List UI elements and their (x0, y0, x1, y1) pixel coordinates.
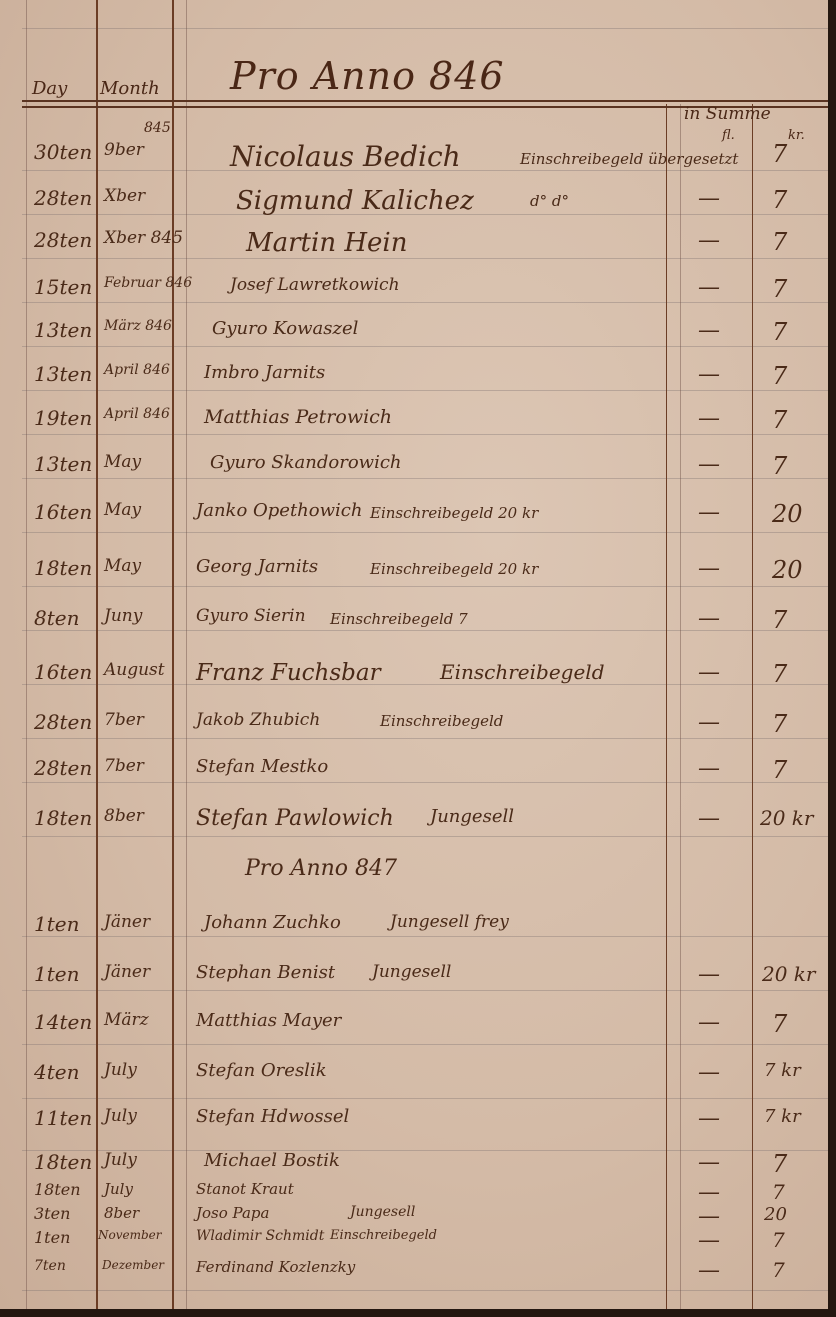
entry-fl: — (698, 1180, 720, 1205)
entry-name: Gyuro Skandorowich (210, 452, 402, 473)
entry-note: Jungesell (350, 1204, 415, 1220)
entry-kr: 7 (772, 406, 787, 434)
entry-kr: 7 (772, 140, 787, 168)
entry-kr: 7 (772, 660, 787, 688)
entry-month: Xber 845 (104, 228, 183, 248)
entry-name: Gyuro Kowaszel (212, 318, 358, 339)
entry-month: Jäner (104, 962, 150, 982)
entry-month: April 846 (104, 406, 170, 422)
entry-kr: 7 (772, 710, 787, 738)
entry-fl: — (698, 1106, 720, 1131)
entry-kr: 20 (772, 556, 803, 584)
entry-day: 4ten (34, 1060, 79, 1084)
entry-name: Jakob Zhubich (196, 710, 320, 730)
ledger-row: 16ten May Janko Opethowich Einschreibege… (0, 500, 828, 540)
entry-kr: 20 (772, 500, 803, 528)
entry-day: 28ten (34, 756, 92, 780)
ledger-row: 16ten August Franz Fuchsbar Einschreibeg… (0, 660, 828, 700)
page-title: Pro Anno 846 (230, 54, 505, 98)
entry-day: 7ten (34, 1258, 66, 1274)
entry-fl: — (698, 710, 720, 735)
ledger-row: 28ten 7ber Stefan Mestko — 7 (0, 756, 828, 796)
ledger-row: 4ten July Stefan Oreslik — 7 kr (0, 1060, 828, 1100)
entry-day: 14ten (34, 1010, 92, 1034)
entry-month: 8ber (104, 806, 144, 826)
entry-fl: — (698, 275, 720, 300)
entry-note: Einschreibegeld 20 kr (370, 560, 538, 578)
entry-kr: 7 (772, 318, 787, 346)
entry-name: Josef Lawretkowich (230, 275, 400, 295)
entry-kr: 7 (772, 228, 787, 256)
ledger-row: 18ten 8ber Stefan Pawlowich Jungesell — … (0, 806, 828, 846)
entry-fl: — (698, 556, 720, 581)
entry-fl: — (698, 1204, 720, 1229)
entry-kr: 7 (772, 1180, 785, 1204)
entry-month: July (104, 1106, 137, 1126)
entry-name: Georg Jarnits (196, 556, 318, 577)
entry-month: July (104, 1180, 133, 1198)
entry-month: März (104, 1010, 149, 1030)
entry-kr: 7 (772, 756, 787, 784)
entry-kr: 7 (772, 186, 787, 214)
entry-month: April 846 (104, 362, 170, 378)
entry-month: November (98, 1228, 162, 1242)
entry-name: Matthias Petrowich (204, 406, 392, 428)
entry-note: Jungesell frey (390, 912, 509, 932)
entry-fl: — (698, 318, 720, 343)
ledger-row: 15ten Februar 846 Josef Lawretkowich — 7 (0, 275, 828, 315)
ledger-row: 18ten May Georg Jarnits Einschreibegeld … (0, 556, 828, 596)
entry-name: Gyuro Sierin (196, 606, 306, 626)
entry-day: 19ten (34, 406, 92, 430)
entry-month: 8ber (104, 1204, 139, 1222)
entry-month: März 846 (104, 318, 172, 334)
ledger-row: 1ten Jäner Johann Zuchko Jungesell frey (0, 912, 828, 952)
ledger-page: Day Month Pro Anno 846 in Summe fl. kr. … (0, 0, 836, 1317)
ledger-row: 19ten April 846 Matthias Petrowich — 7 (0, 406, 828, 446)
entry-fl: — (698, 500, 720, 525)
entry-day: 16ten (34, 660, 92, 684)
entry-kr: 20 kr (760, 806, 814, 830)
entry-kr: 7 kr (764, 1106, 801, 1127)
entry-day: 1ten (34, 1228, 70, 1247)
entry-name: Stefan Mestko (196, 756, 328, 777)
header-day: Day (32, 78, 67, 99)
entry-day: 1ten (34, 962, 79, 986)
entry-month: Jäner (104, 912, 150, 932)
entry-kr: 20 (764, 1204, 787, 1225)
entry-name: Stephan Benist (196, 962, 335, 983)
entry-note: Einschreibegeld übergesetzt (520, 150, 738, 168)
ledger-row: 13ten May Gyuro Skandorowich — 7 (0, 452, 828, 492)
entry-note: Einschreibegeld (380, 712, 503, 730)
entry-note: Einschreibegeld 7 (330, 610, 468, 628)
entry-day: 8ten (34, 606, 79, 630)
entry-day: 11ten (34, 1106, 92, 1130)
entry-note: Einschreibegeld (440, 660, 605, 684)
entry-day: 18ten (34, 806, 92, 830)
entry-name: Nicolaus Bedich (230, 140, 461, 173)
entry-fl: — (698, 1228, 720, 1253)
entry-name: Johann Zuchko (204, 912, 341, 933)
entry-month: August (104, 660, 165, 680)
entry-month: May (104, 452, 141, 472)
entry-fl: — (698, 756, 720, 781)
entry-day: 18ten (34, 1150, 92, 1174)
section-title-1847: Pro Anno 847 (245, 856, 397, 881)
entry-name: Sigmund Kalichez (236, 186, 474, 216)
entry-note: Jungesell (430, 806, 514, 827)
header-month: Month (100, 78, 160, 99)
entry-name: Stefan Oreslik (196, 1060, 327, 1081)
entry-fl: — (698, 362, 720, 387)
entry-name: Ferdinand Kozlenzky (196, 1258, 355, 1276)
entry-fl: — (698, 406, 720, 431)
entry-day: 30ten (34, 140, 92, 164)
entry-day: 16ten (34, 500, 92, 524)
entry-month: May (104, 500, 141, 520)
entry-kr: 7 (772, 606, 787, 634)
entry-fl: — (698, 1150, 720, 1175)
ledger-row: 7ten Dezember Ferdinand Kozlenzky — 7 (0, 1258, 828, 1298)
entry-kr: 7 (772, 362, 787, 390)
entry-note: Einschreibegeld 20 kr (370, 504, 538, 522)
entry-day: 18ten (34, 556, 92, 580)
ledger-row: 14ten März Matthias Mayer — 7 (0, 1010, 828, 1050)
ledger-row: 8ten Juny Gyuro Sierin Einschreibegeld 7… (0, 606, 828, 646)
ledger-row: 28ten 7ber Jakob Zhubich Einschreibegeld… (0, 710, 828, 750)
ledger-row: 13ten März 846 Gyuro Kowaszel — 7 (0, 318, 828, 358)
entry-note: Jungesell (372, 962, 451, 982)
entry-fl: — (698, 228, 720, 253)
entry-day: 15ten (34, 275, 92, 299)
entry-fl: — (698, 606, 720, 631)
entry-fl: — (698, 452, 720, 477)
entry-month: 9ber (104, 140, 144, 160)
header-in-summe: in Summe (684, 104, 771, 124)
entry-kr: 7 (772, 452, 787, 480)
entry-name: Janko Opethowich (196, 500, 362, 521)
entry-month: 7ber (104, 756, 144, 776)
entry-month: Juny (104, 606, 142, 626)
entry-fl: — (698, 1010, 720, 1035)
entry-month: Februar 846 (104, 275, 192, 291)
entry-name: Matthias Mayer (196, 1010, 341, 1031)
ledger-row: 1ten Jäner Stephan Benist Jungesell — 20… (0, 962, 828, 1002)
entry-day: 28ten (34, 228, 92, 252)
entry-name: Michael Bostik (204, 1150, 340, 1171)
ledger-row: 28ten Xber Sigmund Kalichez d° d° — 7 (0, 186, 828, 226)
entry-fl: — (698, 962, 720, 987)
entry-fl: — (698, 1060, 720, 1085)
entry-kr: 20 kr (762, 962, 816, 986)
entry-kr: 7 (772, 275, 787, 303)
entry-name: Joso Papa (196, 1204, 269, 1222)
entry-note: Einschreibegeld (330, 1228, 437, 1243)
entry-fl: — (698, 186, 720, 211)
entry-month: July (104, 1060, 137, 1080)
entry-month: July (104, 1150, 137, 1170)
entry-kr: 7 (772, 1010, 787, 1038)
entry-name: Stanot Kraut (196, 1180, 294, 1198)
entry-day: 18ten (34, 1180, 81, 1199)
entry-day: 13ten (34, 318, 92, 342)
entry-day: 1ten (34, 912, 79, 936)
entry-fl: — (698, 660, 720, 685)
entry-name: Wladimir Schmidt (196, 1228, 324, 1244)
entry-note: d° d° (530, 192, 569, 210)
entry-kr: 7 (772, 1228, 785, 1252)
entry-name: Imbro Jarnits (204, 362, 325, 383)
entry-name: Stefan Pawlowich (196, 806, 394, 831)
entry-fl: — (698, 806, 720, 831)
entry-name: Martin Hein (246, 228, 407, 258)
entry-kr: 7 kr (764, 1060, 801, 1081)
entry-day: 3ten (34, 1204, 70, 1223)
entry-day: 13ten (34, 362, 92, 386)
ledger-row: 28ten Xber 845 Martin Hein — 7 (0, 228, 828, 268)
ledger-row: 13ten April 846 Imbro Jarnits — 7 (0, 362, 828, 402)
entry-name: Franz Fuchsbar (196, 660, 381, 686)
year-note: 845 (144, 120, 171, 136)
ledger-row: 11ten July Stefan Hdwossel — 7 kr (0, 1106, 828, 1146)
entry-fl: — (698, 1258, 720, 1283)
entry-month: 7ber (104, 710, 144, 730)
entry-kr: 7 (772, 1258, 785, 1282)
entry-kr: 7 (772, 1150, 787, 1178)
entry-day: 28ten (34, 710, 92, 734)
entry-day: 13ten (34, 452, 92, 476)
entry-month: Xber (104, 186, 145, 206)
entry-month: May (104, 556, 141, 576)
entry-day: 28ten (34, 186, 92, 210)
entry-name: Stefan Hdwossel (196, 1106, 349, 1127)
ledger-row: 30ten 9ber Nicolaus Bedich Einschreibege… (0, 140, 828, 180)
entry-month: Dezember (102, 1258, 164, 1272)
